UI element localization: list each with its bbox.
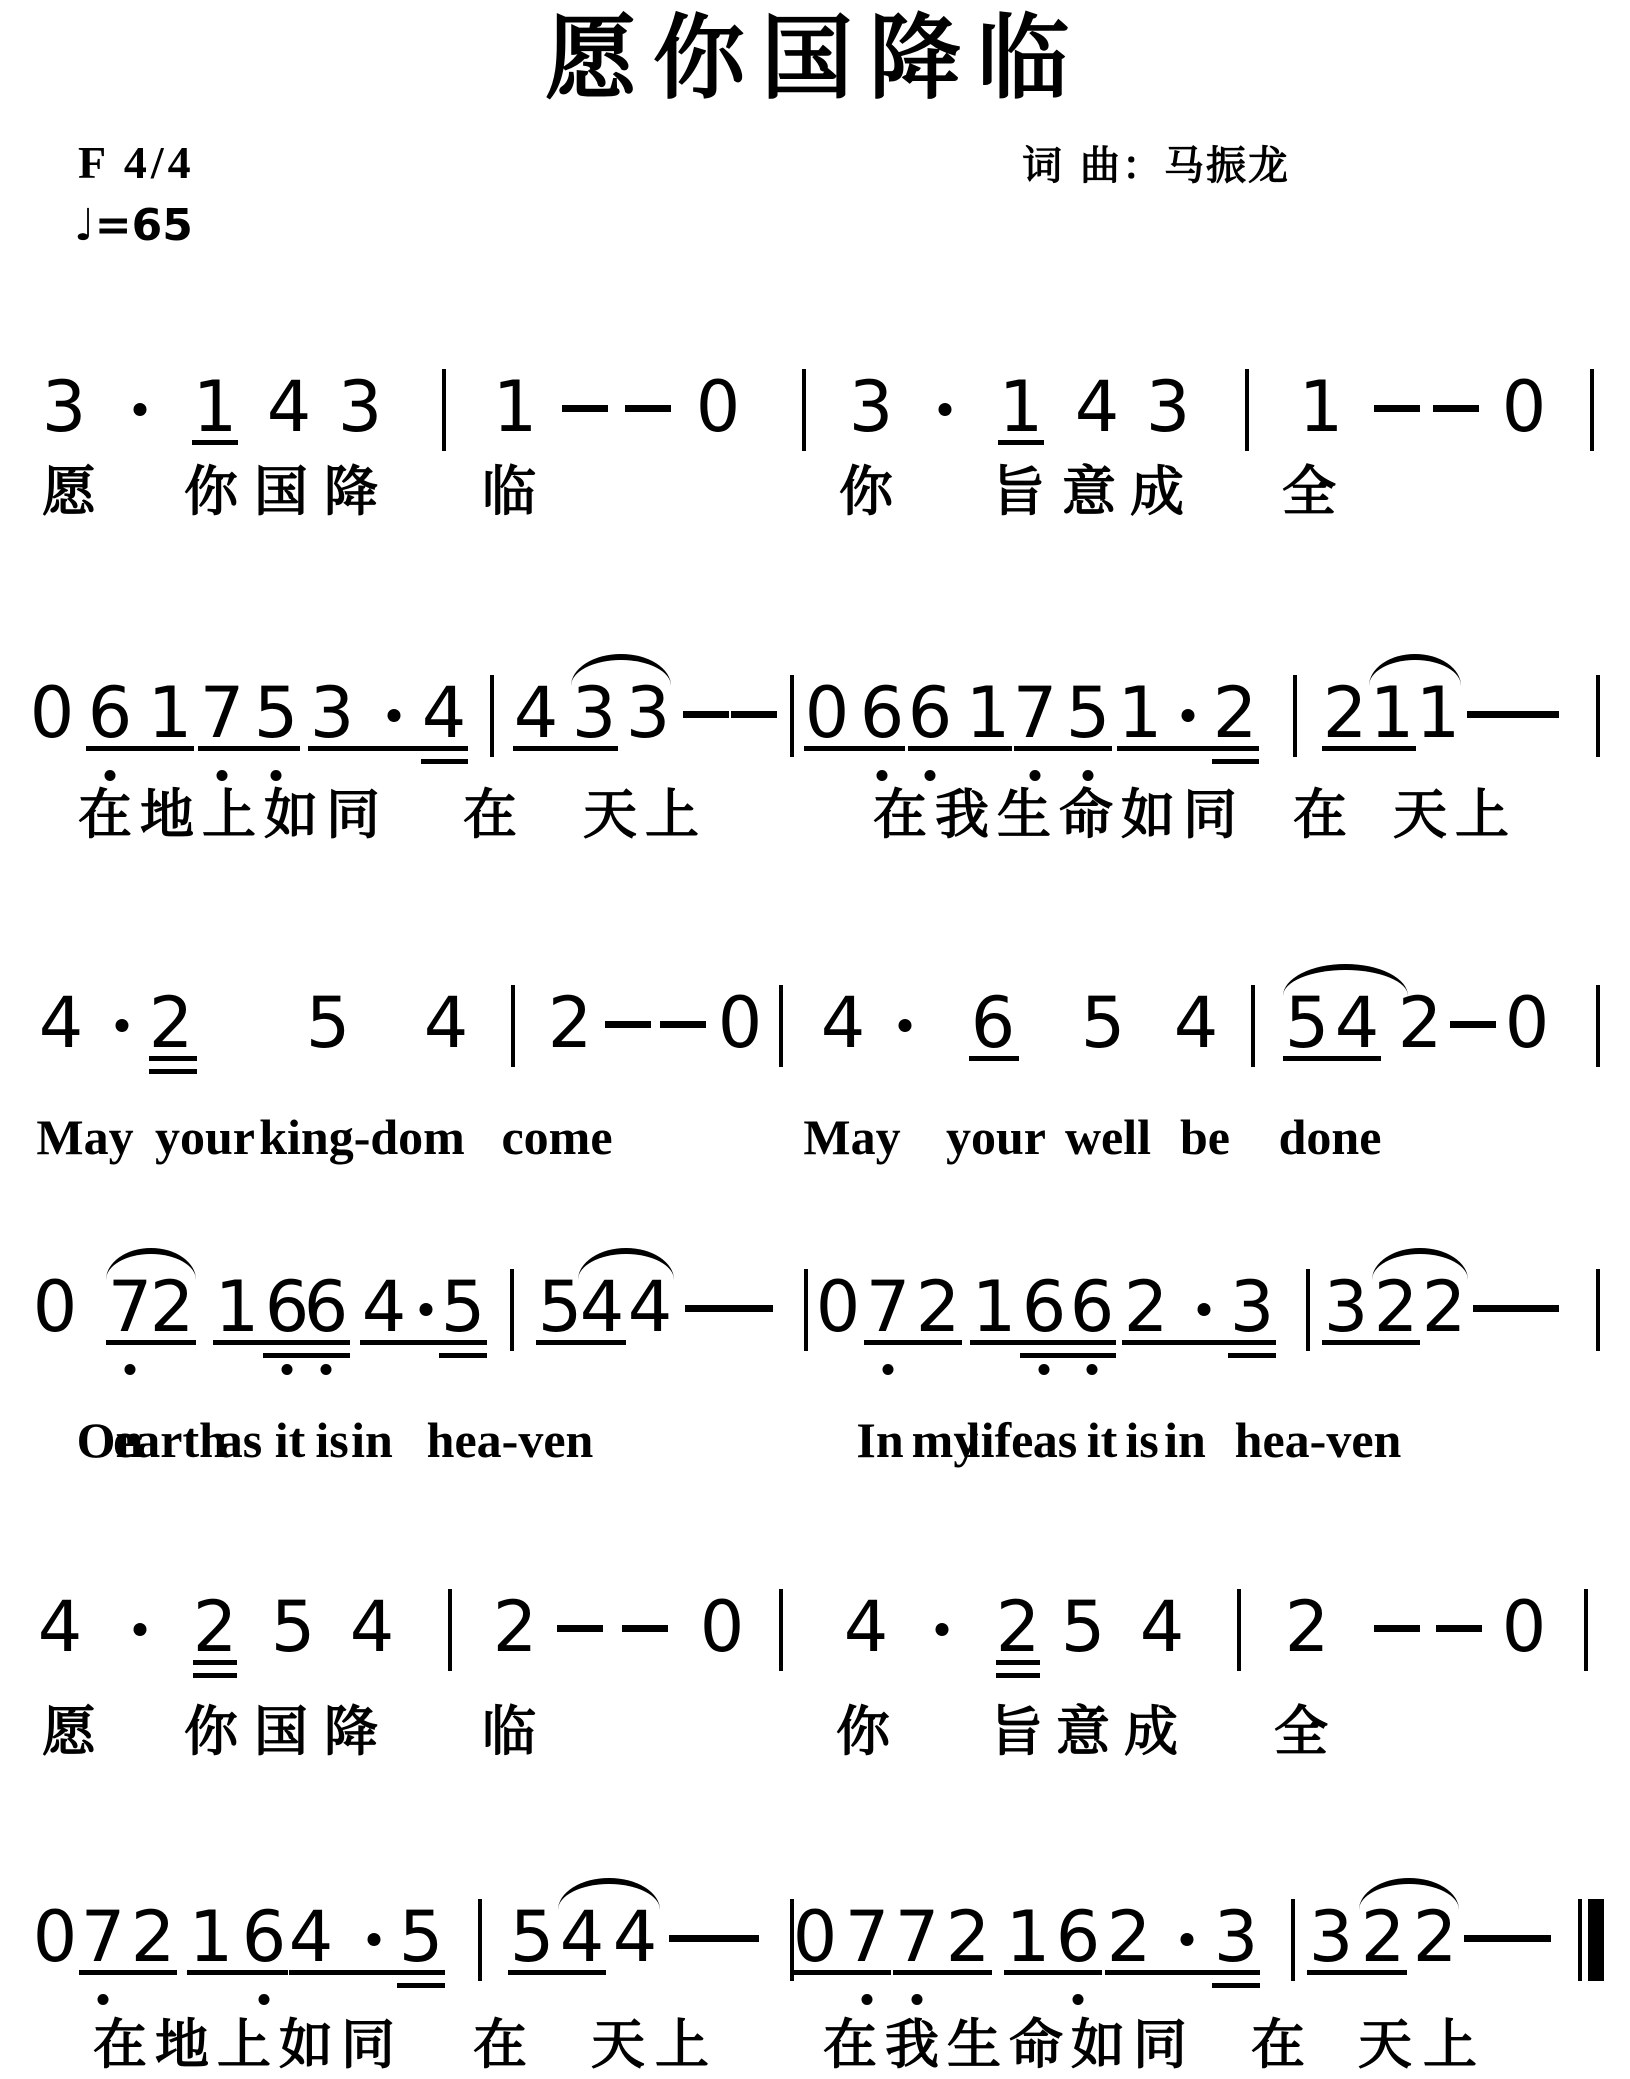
duration-dash (685, 1305, 731, 1312)
note-digit: 3 (572, 678, 617, 748)
duration-dash (1450, 1021, 1496, 1028)
lyric-syllable: 如 (264, 788, 318, 842)
note-digit: 2 (1361, 1902, 1406, 1972)
barline (1596, 1269, 1600, 1351)
duration-dash (731, 711, 777, 718)
lyric-syllable: is (315, 1415, 348, 1465)
octave-dot (1087, 1364, 1098, 1375)
lyric-syllable: 愿 (42, 465, 96, 519)
beam-underline (360, 1340, 487, 1345)
note-digit: 4 (267, 372, 312, 442)
note-digit: 5 (1081, 988, 1126, 1058)
note-digit: 4 (289, 1902, 334, 1972)
beam-underline (263, 1353, 350, 1358)
lyric-syllable: 你 (836, 1705, 890, 1759)
lyric-syllable: king-dom (259, 1112, 465, 1162)
note-digit: 3 (42, 372, 87, 442)
note-digit: 4 (628, 1272, 673, 1342)
dot-of-prolongation (388, 709, 401, 722)
lyric-syllable: 你 (839, 465, 893, 519)
dot-of-prolongation (116, 1019, 129, 1032)
lyric-syllable: 同 (1133, 2018, 1187, 2072)
note-digit: 0 (700, 1592, 745, 1662)
note-digit: 1 (148, 678, 193, 748)
note-digit: 2 (1374, 1272, 1419, 1342)
octave-dot (98, 1994, 109, 2005)
beam-underline (804, 746, 905, 751)
tie-arc (1283, 964, 1408, 996)
note-digit: 4 (1075, 372, 1120, 442)
note-digit: 2 (193, 1592, 238, 1662)
note-digit: 4 (350, 1592, 395, 1662)
beam-underline (1020, 1353, 1116, 1358)
note-digit: 5 (399, 1902, 444, 1972)
lyric-syllable: 如 (1121, 788, 1175, 842)
note-digit: 0 (1502, 372, 1547, 442)
note-digit: 4 (821, 988, 866, 1058)
beam-underline (1212, 759, 1259, 764)
note-digit: 2 (149, 988, 194, 1058)
lyric-syllable: 在 (463, 788, 517, 842)
note-digit: 7 (866, 1272, 911, 1342)
lyric-syllable: 旨 (991, 465, 1045, 519)
barline (448, 1589, 452, 1671)
note-digit: 6 (1056, 1902, 1101, 1972)
beam-underline (969, 1056, 1019, 1061)
note-digit: 2 (1213, 678, 1258, 748)
beam-underline (289, 1970, 445, 1975)
lyric-syllable: your (946, 1112, 1046, 1162)
note-digit: 1 (966, 678, 1011, 748)
octave-dot (125, 1364, 136, 1375)
duration-dash (1436, 1625, 1482, 1632)
lyric-syllable: May (803, 1112, 900, 1162)
beam-underline (193, 1673, 237, 1678)
key-time-signature: F 4/4 (78, 136, 195, 189)
lyric-syllable: 天 (1393, 788, 1447, 842)
lyric-syllable: 全 (1282, 465, 1336, 519)
barline (790, 675, 794, 757)
note-digit: 7 (81, 1902, 126, 1972)
lyric-syllable: be (1180, 1112, 1230, 1162)
lyric-syllable: 上 (217, 2018, 271, 2072)
lyric-syllable: 命 (1009, 2018, 1063, 2072)
dot-of-prolongation (939, 403, 952, 416)
beam-underline (1014, 746, 1112, 751)
lyric-syllable: 国 (254, 465, 308, 519)
octave-dot (1030, 770, 1041, 781)
lyric-syllable: it (275, 1415, 306, 1465)
lyric-syllable: hea-ven (1235, 1415, 1402, 1465)
dot-of-prolongation (936, 1623, 949, 1636)
barline (1291, 1899, 1295, 1981)
beam-underline (970, 1340, 1116, 1345)
note-digit: 2 (1285, 1592, 1330, 1662)
beam-underline (864, 1340, 962, 1345)
note-digit: 0 (816, 1272, 861, 1342)
note-digit: 6 (265, 1272, 310, 1342)
duration-dash (605, 1021, 651, 1028)
note-digit: 1 (1118, 678, 1163, 748)
note-digit: 1 (1006, 1902, 1051, 1972)
duration-dash (1374, 405, 1420, 412)
barline (510, 1269, 514, 1351)
note-digit: 7 (108, 1272, 153, 1342)
tie-arc (578, 1248, 674, 1280)
duration-dash (1467, 711, 1513, 718)
note-digit: 2 (916, 1272, 961, 1342)
lyric-syllable: your (155, 1112, 255, 1162)
lyric-syllable: 在 (1251, 2018, 1305, 2072)
note-digit: 2 (996, 1592, 1041, 1662)
note-digit: 3 (1324, 1272, 1369, 1342)
lyric-syllable: 地 (155, 2018, 209, 2072)
tie-arc (1369, 654, 1461, 686)
note-digit: 5 (306, 988, 351, 1058)
beam-underline (508, 1970, 606, 1975)
lyric-syllable: 天 (583, 788, 637, 842)
note-digit: 4 (560, 1902, 605, 1972)
barline (442, 369, 446, 451)
beam-underline (308, 746, 468, 751)
duration-dash (1513, 1305, 1559, 1312)
final-barline (1578, 1899, 1604, 1981)
lyric-syllable: 生 (997, 788, 1051, 842)
lyric-syllable: 上 (1423, 2018, 1477, 2072)
dot-of-prolongation (1198, 1303, 1211, 1316)
duration-dash (562, 405, 608, 412)
duration-dash (1464, 1935, 1510, 1942)
note-digit: 0 (696, 372, 741, 442)
note-digit: 4 (39, 988, 84, 1058)
note-digit: 5 (1066, 678, 1111, 748)
beam-underline (1283, 1056, 1381, 1061)
lyric-syllable: 上 (655, 2018, 709, 2072)
note-digit: 6 (1022, 1272, 1067, 1342)
tie-arc (1359, 1878, 1459, 1910)
lyric-syllable: 上 (645, 788, 699, 842)
lyric-syllable: 在 (1293, 788, 1347, 842)
barline (779, 985, 783, 1067)
lyric-syllable: 全 (1274, 1705, 1328, 1759)
note-digit: 1 (189, 1902, 234, 1972)
tie-arc (571, 654, 671, 686)
note-digit: 4 (844, 1592, 889, 1662)
lyric-syllable: come (501, 1112, 612, 1162)
lyric-syllable: 临 (482, 1705, 536, 1759)
octave-dot (862, 1994, 873, 2005)
note-digit: 3 (1146, 372, 1191, 442)
beam-underline (421, 759, 468, 764)
beam-underline (1004, 1970, 1102, 1975)
octave-dot (271, 770, 282, 781)
octave-dot (217, 770, 228, 781)
duration-dash (625, 405, 671, 412)
dot-of-prolongation (368, 1933, 381, 1946)
beam-underline (86, 746, 194, 751)
lyric-syllable: 你 (184, 1705, 238, 1759)
barline (1237, 1589, 1241, 1671)
note-digit: 2 (1124, 1272, 1169, 1342)
octave-dot (883, 1364, 894, 1375)
lyric-syllable: 在 (873, 788, 927, 842)
note-digit: 3 (338, 372, 383, 442)
beam-underline (187, 1970, 288, 1975)
octave-dot (321, 1364, 332, 1375)
note-digit: 6 (1070, 1272, 1115, 1342)
note-digit: 2 (493, 1592, 538, 1662)
lyric-syllable: life (967, 1415, 1034, 1465)
lyric-syllable: May (36, 1112, 133, 1162)
note-digit: 5 (510, 1902, 555, 1972)
beam-underline (192, 440, 238, 445)
lyric-syllable: 同 (326, 788, 380, 842)
note-digit: 6 (908, 678, 953, 748)
octave-dot (259, 1994, 270, 2005)
note-digit: 6 (860, 678, 905, 748)
beam-underline (1322, 1340, 1420, 1345)
note-digit: 4 (514, 678, 559, 748)
lyric-syllable: 国 (254, 1705, 308, 1759)
beam-underline (513, 746, 618, 751)
note-digit: 2 (131, 1902, 176, 1972)
note-digit: 7 (200, 678, 245, 748)
note-digit: 7 (895, 1902, 940, 1972)
beam-underline (1117, 746, 1259, 751)
beam-underline (1122, 1340, 1276, 1345)
note-digit: 3 (849, 372, 894, 442)
note-digit: 1 (1299, 372, 1344, 442)
octave-dot (1039, 1364, 1050, 1375)
barline (804, 1269, 808, 1351)
beam-underline (996, 1660, 1040, 1665)
beam-underline (791, 1970, 891, 1975)
lyric-syllable: 临 (482, 465, 536, 519)
note-digit: 0 (1505, 988, 1550, 1058)
beam-underline (397, 1983, 445, 1988)
duration-dash (727, 1305, 773, 1312)
note-digit: 5 (538, 1272, 583, 1342)
note-digit: 6 (304, 1272, 349, 1342)
note-digit: 1 (1416, 678, 1461, 748)
note-digit: 4 (362, 1272, 407, 1342)
octave-dot (282, 1364, 293, 1375)
beam-underline (1212, 1983, 1260, 1988)
dot-of-prolongation (134, 403, 147, 416)
note-digit: 7 (845, 1902, 890, 1972)
duration-dash (557, 1625, 603, 1632)
dot-of-prolongation (134, 1623, 147, 1636)
beam-underline (536, 1340, 626, 1345)
beam-underline (149, 1056, 197, 1061)
page-title: 愿你国降临 (0, 12, 1630, 104)
tie-arc (1372, 1248, 1468, 1280)
lyric-syllable: 我 (935, 788, 989, 842)
dot-of-prolongation (1182, 709, 1195, 722)
barline (779, 1589, 783, 1671)
note-digit: 1 (215, 1272, 260, 1342)
lyric-syllable: 降 (324, 1705, 378, 1759)
duration-dash (622, 1625, 668, 1632)
dot-of-prolongation (1181, 1933, 1194, 1946)
note-digit: 3 (1214, 1902, 1259, 1972)
lyric-syllable: earth (113, 1415, 227, 1465)
lyric-syllable: 同 (341, 2018, 395, 2072)
barline (1251, 985, 1255, 1067)
beam-underline (1322, 746, 1416, 751)
note-digit: 1 (972, 1272, 1017, 1342)
duration-dash (1433, 405, 1479, 412)
beam-underline (149, 1069, 197, 1074)
note-digit: 1 (193, 372, 238, 442)
dot-of-prolongation (899, 1019, 912, 1032)
note-digit: 4 (1174, 988, 1219, 1058)
barline (1306, 1269, 1310, 1351)
lyric-syllable: 在 (473, 2018, 527, 2072)
lyric-syllable: In (856, 1415, 903, 1465)
lyric-syllable: in (1164, 1415, 1206, 1465)
note-digit: 0 (1502, 1592, 1547, 1662)
note-digit: 0 (30, 678, 75, 748)
note-digit: 3 (626, 678, 671, 748)
note-digit: 4 (1335, 988, 1380, 1058)
note-digit: 0 (33, 1272, 78, 1342)
note-digit: 4 (613, 1902, 658, 1972)
barline (511, 985, 515, 1067)
lyric-syllable: 降 (324, 465, 378, 519)
note-digit: 6 (88, 678, 133, 748)
note-digit: 2 (1398, 988, 1443, 1058)
lyric-syllable: 同 (1183, 788, 1237, 842)
dot-of-prolongation (420, 1303, 433, 1316)
note-digit: 0 (718, 988, 763, 1058)
octave-dot (1083, 770, 1094, 781)
lyric-syllable: 成 (1130, 465, 1184, 519)
lyric-syllable: as (1033, 1415, 1077, 1465)
duration-dash (683, 711, 729, 718)
duration-dash (1513, 711, 1559, 718)
note-digit: 2 (1422, 1272, 1467, 1342)
lyric-syllable: 上 (202, 788, 256, 842)
lyric-syllable: 如 (1071, 2018, 1125, 2072)
lyric-syllable: 在 (823, 2018, 877, 2072)
lyric-syllable: well (1065, 1112, 1151, 1162)
note-digit: 4 (580, 1272, 625, 1342)
note-digit: 3 (310, 678, 355, 748)
lyric-syllable: 在 (93, 2018, 147, 2072)
lyric-syllable: 你 (184, 465, 238, 519)
lyric-syllable: 地 (140, 788, 194, 842)
lyric-syllable: 命 (1059, 788, 1113, 842)
note-digit: 4 (38, 1592, 83, 1662)
beam-underline (198, 746, 300, 751)
note-digit: 2 (1323, 678, 1368, 748)
note-digit: 7 (1013, 678, 1058, 748)
note-digit: 1 (1370, 678, 1415, 748)
lyric-syllable: in (351, 1415, 393, 1465)
lyric-syllable: is (1125, 1415, 1158, 1465)
note-digit: 1 (999, 372, 1044, 442)
beam-underline (1307, 1970, 1407, 1975)
note-digit: 5 (1061, 1592, 1106, 1662)
barline (802, 369, 806, 451)
beam-underline (79, 1970, 177, 1975)
duration-dash (669, 1935, 715, 1942)
note-digit: 4 (1140, 1592, 1185, 1662)
beam-underline (908, 746, 1012, 751)
octave-dot (1073, 1994, 1084, 2005)
lyric-syllable: 天 (1358, 2018, 1412, 2072)
lyric-syllable: done (1279, 1112, 1382, 1162)
lyric-syllable: 愿 (42, 1705, 96, 1759)
duration-dash (1374, 1625, 1420, 1632)
octave-dot (877, 770, 888, 781)
lyric-syllable: 我 (885, 2018, 939, 2072)
octave-dot (912, 1994, 923, 2005)
note-digit: 2 (1413, 1902, 1458, 1972)
barline (1245, 369, 1249, 451)
note-digit: 2 (1107, 1902, 1152, 1972)
note-digit: 4 (422, 678, 467, 748)
lyric-syllable: 在 (78, 788, 132, 842)
octave-dot (105, 770, 116, 781)
note-digit: 4 (424, 988, 469, 1058)
composer-credit: 词 曲：马振龙 (1022, 134, 1290, 191)
note-digit: 2 (150, 1272, 195, 1342)
lyric-syllable: hea-ven (427, 1415, 594, 1465)
barline (1293, 675, 1297, 757)
note-digit: 5 (1285, 988, 1330, 1058)
beam-underline (1105, 1970, 1260, 1975)
lyric-syllable: 如 (279, 2018, 333, 2072)
note-digit: 1 (493, 372, 538, 442)
note-digit: 0 (33, 1902, 78, 1972)
lyric-syllable: 天 (591, 2018, 645, 2072)
lyric-syllable: as (218, 1415, 262, 1465)
barline (1590, 369, 1594, 451)
barline (478, 1899, 482, 1981)
lyric-syllable: 旨 (989, 1705, 1043, 1759)
tempo-marking: ♩=65 (74, 200, 193, 251)
note-digit: 2 (946, 1902, 991, 1972)
beam-underline (193, 1660, 237, 1665)
beam-underline (1228, 1353, 1276, 1358)
tie-arc (558, 1878, 660, 1910)
lyric-syllable: 意 (1062, 465, 1116, 519)
note-digit: 3 (1309, 1902, 1354, 1972)
beam-underline (106, 1340, 196, 1345)
note-digit: 5 (254, 678, 299, 748)
beam-underline (213, 1340, 350, 1345)
barline (490, 675, 494, 757)
note-digit: 0 (793, 1902, 838, 1972)
note-digit: 6 (242, 1902, 287, 1972)
beam-underline (998, 440, 1044, 445)
sheet-music-page: 愿你国降临 词 曲：马振龙 F 4/4 ♩=65 314310314310愿你国… (0, 0, 1630, 2079)
lyric-syllable: 成 (1124, 1705, 1178, 1759)
duration-dash (1505, 1935, 1551, 1942)
note-digit: 5 (271, 1592, 316, 1662)
lyric-syllable: 上 (1455, 788, 1509, 842)
note-digit: 0 (805, 678, 850, 748)
beam-underline (893, 1970, 992, 1975)
lyric-syllable: it (1087, 1415, 1118, 1465)
lyric-syllable: 生 (947, 2018, 1001, 2072)
duration-dash (660, 1021, 706, 1028)
note-digit: 5 (441, 1272, 486, 1342)
tie-arc (106, 1248, 196, 1280)
octave-dot (925, 770, 936, 781)
